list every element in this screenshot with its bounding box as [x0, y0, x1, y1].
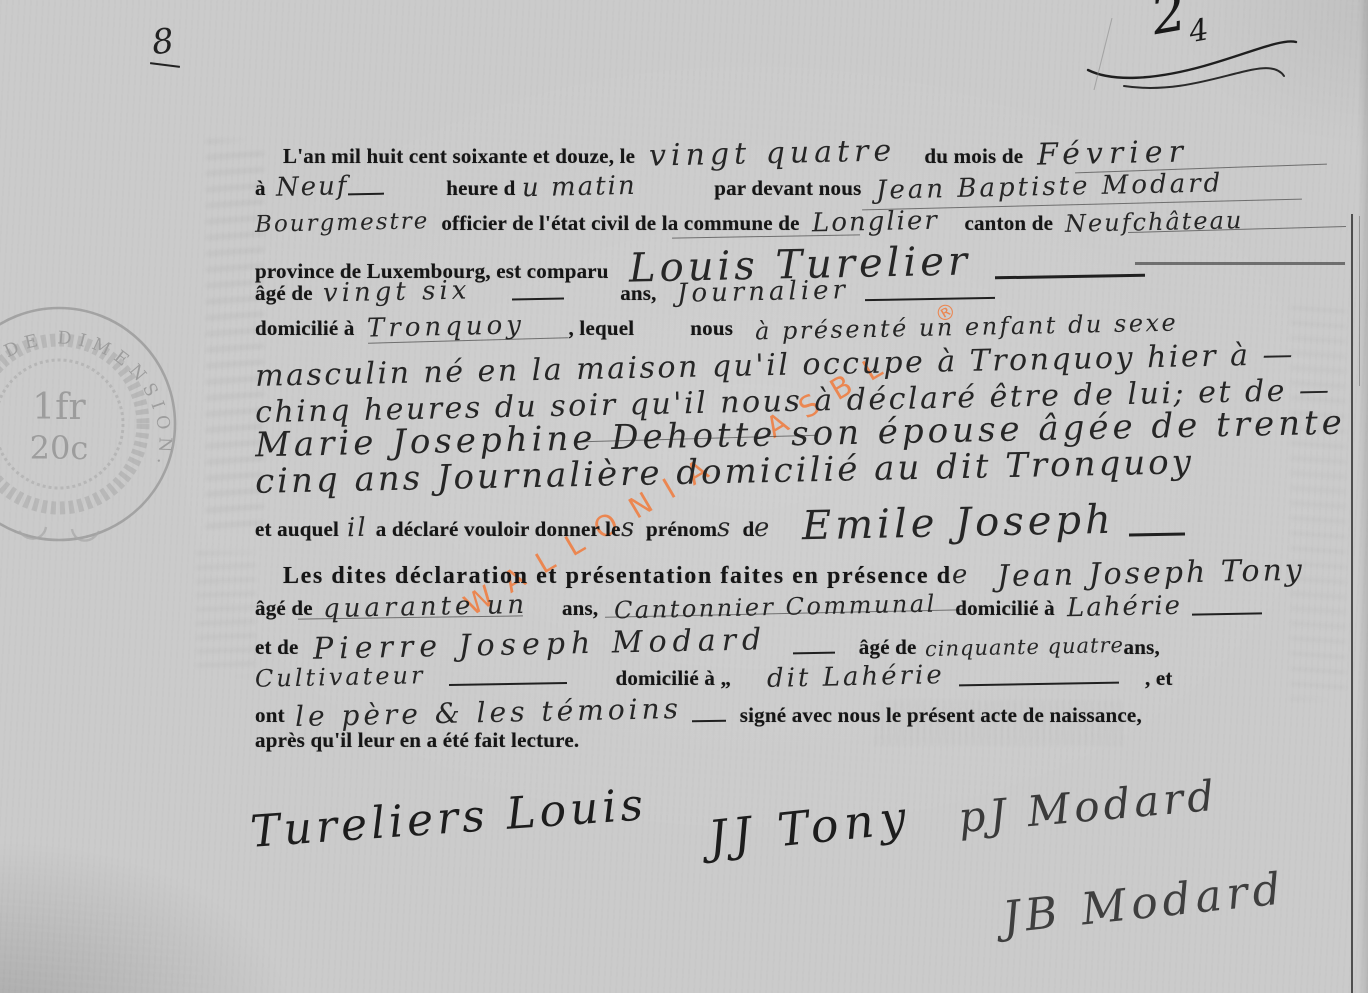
page-edge-line [1351, 214, 1353, 993]
printed-text: âgé de [255, 281, 313, 306]
page-edge-shade [1358, 0, 1368, 993]
printed-text: ans, [1124, 635, 1160, 660]
pen-dash [865, 297, 995, 301]
signature-officer: JB Modard [1000, 863, 1288, 943]
handwritten-text: Jean Joseph Tony [997, 553, 1306, 594]
printed-text: domicilié à [955, 596, 1055, 621]
signature-declarant: Tureliers Louis [249, 779, 649, 858]
revenue-stamp: TIMBRE DE DIMENSION. 1fr 20c [0, 299, 184, 549]
printed-text: , lequel [569, 316, 635, 341]
act-line-14: et de Pierre Joseph Modard âgé de cinqua… [255, 627, 1160, 662]
pen-dash [995, 274, 1145, 280]
printed-text: âgé de [859, 635, 917, 660]
signature-witness-2: pJ Modard [956, 771, 1220, 842]
printed-text: Les dites déclaration et présentation fa… [283, 563, 952, 590]
baseline-rule [1135, 262, 1345, 265]
handwritten-text: vingt six [322, 275, 470, 308]
printed-text: domicilié à [255, 316, 355, 341]
printed-text: ans, [562, 596, 598, 621]
printed-text: d [743, 517, 755, 542]
act-line-5: âgé de vingt six ans, Journalier [255, 277, 995, 307]
handwritten-text: Longlier [811, 206, 938, 239]
printed-text: a déclaré vouloir donner le [376, 517, 621, 542]
handwritten-text: le père & les témoins [294, 692, 682, 733]
act-line-13: âgé de quarante un ans, Cantonnier Commu… [255, 592, 1262, 622]
handwritten-text: il [347, 513, 368, 543]
handwritten-text: cinq ans Journalière domicilié au dit Tr… [255, 442, 1195, 502]
pen-dash [1192, 612, 1262, 615]
pen-dash [1129, 533, 1185, 537]
pen-dash [959, 682, 1119, 687]
handwritten-text: e [754, 513, 772, 543]
printed-text: ans, [620, 281, 656, 306]
handwritten-text: s [620, 513, 636, 543]
printed-text: , et [1145, 666, 1173, 691]
handwritten-text: Février [1037, 134, 1190, 172]
handwritten-text: Lahérie [1066, 591, 1182, 623]
act-line-11: et auquel il a déclaré vouloir donner le… [255, 500, 1185, 546]
printed-text: et de [255, 635, 299, 660]
folio-underline [150, 62, 180, 68]
act-line-10: cinq ans Journalière domicilié au dit Tr… [255, 452, 1194, 492]
handwritten-text: cinquante quatre [924, 633, 1123, 661]
pen-dash [512, 298, 564, 301]
act-line-12: Les dites déclaration et présentation fa… [283, 556, 1305, 591]
folio-number-left: 8 [150, 21, 176, 63]
printed-text: officier de l'état civil de la commune d… [441, 211, 799, 236]
handwritten-text: u matin [521, 171, 636, 203]
printed-text: par devant nous [714, 176, 861, 201]
handwritten-text: Jean Baptiste Modard [875, 168, 1223, 205]
paper-crease [1094, 18, 1112, 90]
handwritten-text: dit Lahérie [767, 660, 945, 694]
printed-text: âgé de [255, 596, 313, 621]
handwritten-text: Cultivateur [255, 661, 426, 693]
printed-text: du mois de [924, 144, 1023, 169]
pen-dash [449, 682, 567, 686]
handwritten-text: Journalier [676, 275, 849, 309]
handwritten-text: Tronquoy [366, 310, 524, 343]
flourish-stroke [1088, 41, 1296, 78]
pen-flourish [1082, 18, 1332, 108]
stamp-value-francs: 1fr [32, 387, 86, 428]
signature-witness-1: JJ Tony [706, 789, 914, 864]
handwritten-text: quarante un [322, 590, 528, 624]
scanned-birth-record-page: 8 24 TIMBRE DE DIMENSION. 1fr 20c WALLON… [0, 0, 1368, 993]
act-line-6: domicilié à Tronquoy , lequel nous à pré… [255, 312, 1178, 342]
handwritten-text: s [717, 513, 733, 543]
bleedthrough-artifact [196, 552, 256, 677]
handwritten-text: Cantonnier Communal [614, 590, 937, 625]
act-line-15: Cultivateur domicilié à „ dit Lahérie , … [255, 662, 1173, 692]
printed-text: ont [255, 703, 285, 728]
printed-text: prénom [646, 517, 717, 542]
printed-text: domicilié à „ [615, 666, 731, 691]
printed-text: et auquel [255, 517, 339, 542]
handwritten-text: Emile Joseph [801, 497, 1115, 550]
printed-text: après qu'il leur en a été fait lecture. [255, 728, 579, 753]
stamp-value-centimes: 20c [30, 429, 89, 467]
handwritten-text: e [951, 560, 969, 590]
handwritten-text: Neufchâteau [1065, 206, 1244, 238]
printed-text: canton de [964, 211, 1053, 236]
act-line-16: ont le père & les témoins signé avec nou… [255, 696, 1142, 729]
pen-dash [348, 193, 384, 196]
handwritten-text: Neuf [275, 171, 348, 203]
act-line-2: à Neuf heure d u matin par devant nous J… [255, 172, 1223, 202]
bleedthrough-artifact [1290, 300, 1346, 700]
pen-dash [692, 720, 726, 723]
handwritten-text: vingt quatre [649, 133, 897, 173]
stamp-ribbon [19, 527, 99, 541]
printed-text: signé avec nous le présent acte de naiss… [740, 703, 1142, 728]
printed-text: heure d [446, 176, 515, 201]
handwritten-text: Pierre Joseph Modard [312, 622, 767, 667]
pen-dash [793, 652, 835, 655]
handwritten-text: Bourgmestre [255, 208, 430, 238]
act-line-17: après qu'il leur en a été fait lecture. [255, 728, 579, 753]
printed-text: à [255, 176, 266, 201]
printed-text: nous [690, 316, 733, 341]
printed-text: L'an mil huit cent soixante et douze, le [283, 144, 635, 169]
act-line-1: L'an mil huit cent soixante et douze, le… [283, 136, 1189, 171]
act-line-3: Bourgmestre officier de l'état civil de … [255, 207, 1244, 237]
